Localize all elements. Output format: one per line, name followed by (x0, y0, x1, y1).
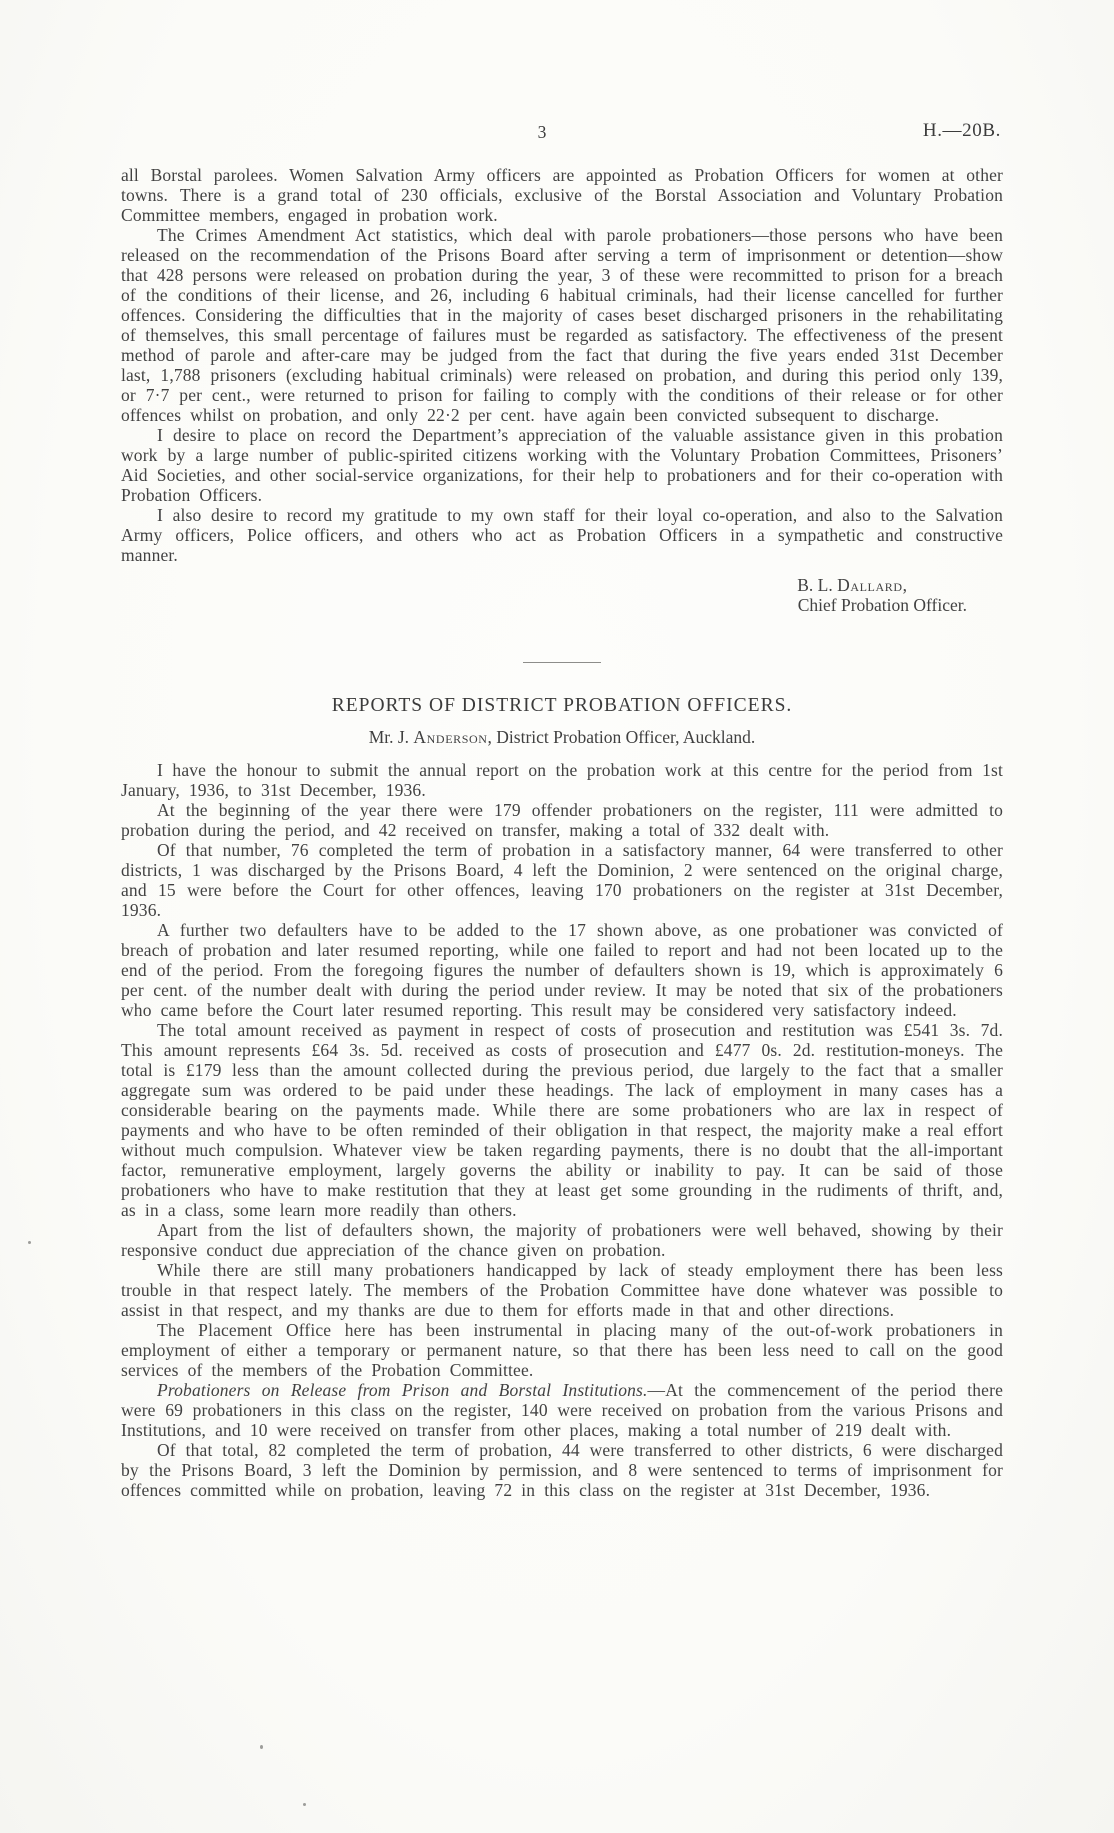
signature-surname: Dallard (837, 575, 903, 595)
chief-report-paragraph-continuation: all Borstal parolees. Women Salvation Ar… (121, 165, 1003, 225)
district-paragraph-placement-office: The Placement Office here has been instr… (121, 1320, 1003, 1380)
signature-name: B. L. Dallard, (121, 575, 1003, 595)
chief-report-paragraph-crimes-act: The Crimes Amendment Act statistics, whi… (121, 225, 1003, 425)
district-paragraph-employment: While there are still many probationers … (121, 1260, 1003, 1320)
district-paragraph-release-class: Probationers on Release from Prison and … (121, 1380, 1003, 1440)
signature-name-prefix: B. L. (797, 575, 837, 595)
section-divider-rule (523, 662, 601, 663)
page-header: 3 H.—20B. (121, 122, 1003, 146)
subheading-prefix: Mr. J. (369, 727, 414, 747)
district-paragraph-conduct: Apart from the list of defaulters shown,… (121, 1220, 1003, 1260)
chief-report-paragraph-appreciation: I desire to place on record the Departme… (121, 425, 1003, 505)
scanned-report-page: 3 H.—20B. all Borstal parolees. Women Sa… (0, 0, 1114, 1833)
district-paragraph-register-totals: At the beginning of the year there were … (121, 800, 1003, 840)
scan-speck (28, 1241, 31, 1244)
district-paragraph-release-outcomes: Of that total, 82 completed the term of … (121, 1440, 1003, 1500)
district-paragraph-honour: I have the honour to submit the annual r… (121, 760, 1003, 800)
section-heading: REPORTS OF DISTRICT PROBATION OFFICERS. (121, 695, 1003, 717)
district-paragraph-outcomes: Of that number, 76 completed the term of… (121, 840, 1003, 920)
scan-speck (260, 1745, 263, 1749)
chief-report-paragraph-gratitude: I also desire to record my gratitude to … (121, 505, 1003, 565)
scan-speck (303, 1803, 306, 1806)
release-paragraph-italic-lead: Probationers on Release from Prison and … (157, 1380, 648, 1400)
district-paragraph-defaulters: A further two defaulters have to be adde… (121, 920, 1003, 1020)
subheading-officer-name: Anderson (413, 727, 487, 747)
signature-name-suffix: , (903, 575, 907, 595)
page-content: 3 H.—20B. all Borstal parolees. Women Sa… (121, 122, 1003, 1500)
document-reference: H.—20B. (923, 120, 1001, 142)
page-number: 3 (121, 122, 963, 143)
subheading-suffix: , District Probation Officer, Auckland. (488, 727, 756, 747)
district-paragraph-payments: The total amount received as payment in … (121, 1020, 1003, 1220)
signature-title: Chief Probation Officer. (121, 595, 1003, 616)
section-subheading: Mr. J. Anderson, District Probation Offi… (121, 727, 1003, 748)
